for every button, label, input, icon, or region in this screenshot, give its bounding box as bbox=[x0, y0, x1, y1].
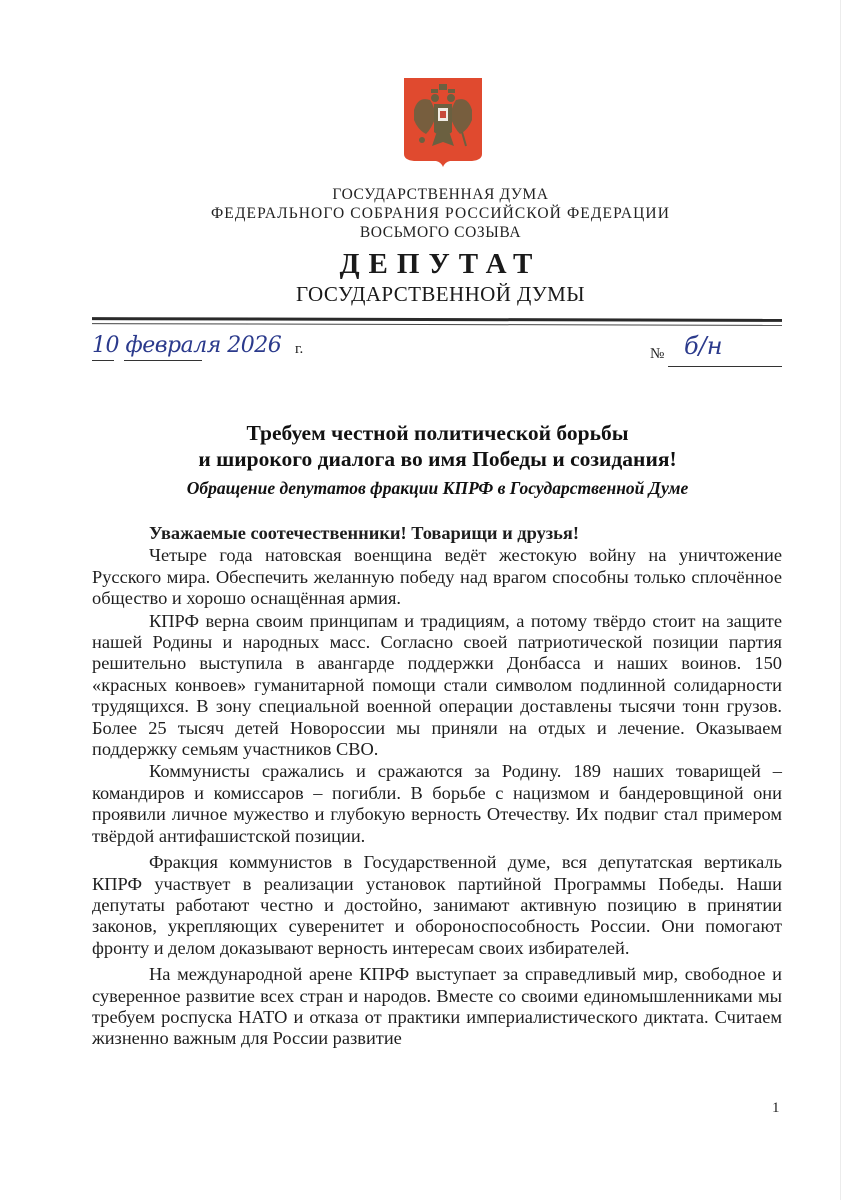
paragraph: КПРФ верна своим принципам и традициям, … bbox=[92, 611, 782, 761]
paragraph: На международной арене КПРФ выступает за… bbox=[92, 964, 782, 1050]
document-number-field: № б/н bbox=[650, 336, 785, 370]
salutation: Уважаемые соотечественники! Товарищи и д… bbox=[92, 523, 782, 544]
page-number: 1 bbox=[772, 1100, 780, 1117]
date-handwritten: 10 февраля 2026 bbox=[92, 333, 281, 358]
paragraph: Коммунисты сражались и сражаются за Роди… bbox=[92, 761, 782, 847]
duma-title: ГОСУДАРСТВЕННОЙ ДУМЫ bbox=[0, 282, 849, 307]
document-title-line-2: и широкого диалога во имя Победы и созид… bbox=[0, 446, 849, 473]
paragraph: Четыре года натовская военщина ведёт жес… bbox=[92, 545, 782, 609]
org-name-line-2: ФЕДЕРАЛЬНОГО СОБРАНИЯ РОССИЙСКОЙ ФЕДЕРАЦ… bbox=[0, 204, 849, 223]
header-rule-thick bbox=[92, 317, 782, 322]
number-underline bbox=[668, 366, 782, 367]
document-title-line-1: Требуем честной политической борьбы bbox=[0, 420, 849, 447]
org-name-line-1: ГОСУДАРСТВЕННАЯ ДУМА bbox=[0, 185, 849, 204]
document-body: Уважаемые соотечественники! Товарищи и д… bbox=[92, 523, 782, 1055]
document-subtitle: Обращение депутатов фракции КПРФ в Госуд… bbox=[0, 478, 849, 499]
header-rule-thin bbox=[92, 323, 782, 326]
org-name-line-3: ВОСЬМОГО СОЗЫВА bbox=[0, 223, 849, 242]
date-suffix: г. bbox=[295, 341, 303, 358]
number-sign: № bbox=[650, 346, 664, 363]
date-day-underline bbox=[92, 360, 114, 361]
coat-of-arms-icon bbox=[402, 76, 484, 168]
date-month-underline bbox=[124, 360, 202, 361]
deputy-title: ДЕПУТАТ bbox=[0, 248, 849, 281]
paragraph: Фракция коммунистов в Государственной ду… bbox=[92, 852, 782, 959]
date-field: 10 февраля 2026 г. bbox=[92, 333, 322, 363]
document-number-handwritten: б/н bbox=[684, 332, 723, 360]
page-edge bbox=[840, 0, 841, 1200]
